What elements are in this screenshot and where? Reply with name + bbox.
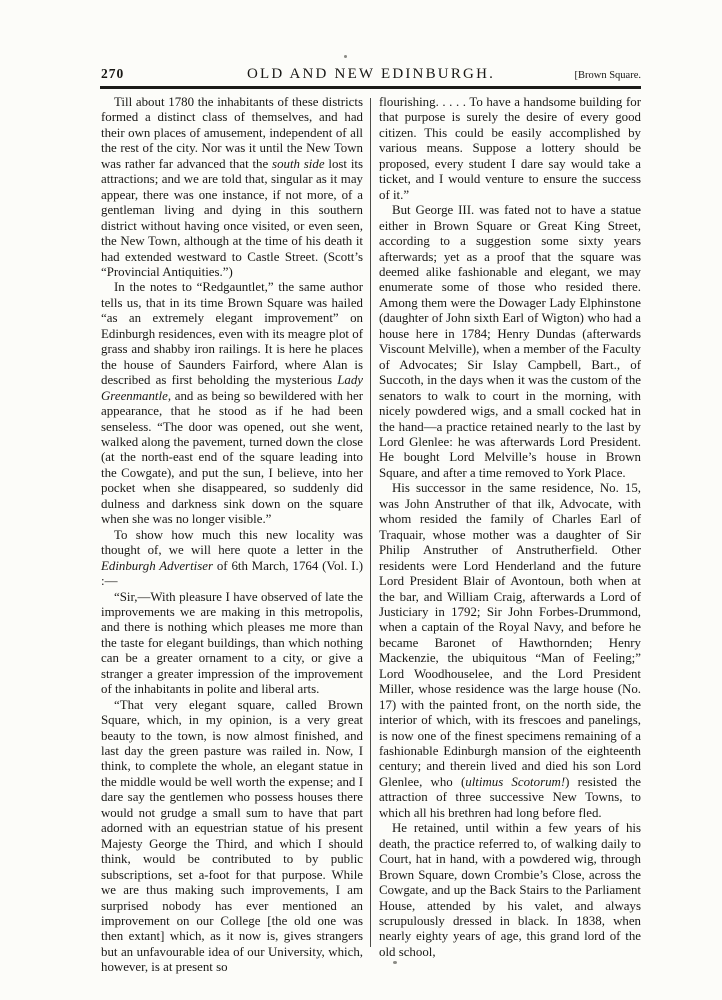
text-run: He retained, until within a few years of… (379, 821, 641, 959)
italic-text-run: Edinburgh Advertiser (101, 559, 213, 573)
paragraph: Till about 1780 the inhabitants of these… (101, 95, 363, 280)
text-run: In the notes to “Redgauntlet,” the same … (101, 280, 363, 387)
paragraph: He retained, until within a few years of… (379, 821, 641, 960)
text-run: His successor in the same residence, No.… (379, 481, 641, 789)
page-number: 270 (101, 66, 191, 82)
italic-text-run: ultimus Scotorum! (465, 775, 565, 789)
paragraph: “That very elegant square, called Brown … (101, 698, 363, 976)
running-title: OLD AND NEW EDINBURGH. (191, 66, 551, 83)
paragraph: In the notes to “Redgauntlet,” the same … (101, 280, 363, 527)
scan-speck (393, 961, 397, 964)
text-run: To show how much this new locality was t… (101, 528, 363, 557)
paragraph: To show how much this new locality was t… (101, 528, 363, 590)
text-run: But George III. was fated not to have a … (379, 203, 641, 480)
header-rule (100, 86, 641, 89)
text-run: “That very elegant square, called Brown … (101, 698, 363, 975)
scan-speck (344, 55, 347, 58)
text-column-left: Till about 1780 the inhabitants of these… (101, 95, 363, 976)
text-run: , and as being so bewildered with her ap… (101, 389, 363, 527)
running-head-section: [Brown Square. (551, 70, 641, 81)
paragraph: But George III. was fated not to have a … (379, 203, 641, 481)
book-page: 270 OLD AND NEW EDINBURGH. [Brown Square… (0, 0, 722, 1000)
text-run: lost its attractions; and we are told th… (101, 157, 363, 279)
paragraph: “Sir,—With pleasure I have observed of l… (101, 590, 363, 698)
italic-text-run: south side (272, 157, 325, 171)
text-run: flourishing. . . . . To have a handsome … (379, 95, 641, 202)
paragraph: His successor in the same residence, No.… (379, 481, 641, 821)
column-divider-rule (370, 98, 371, 947)
paragraph: flourishing. . . . . To have a handsome … (379, 95, 641, 203)
page-header: 270 OLD AND NEW EDINBURGH. [Brown Square… (101, 66, 641, 83)
text-column-right: flourishing. . . . . To have a handsome … (379, 95, 641, 960)
text-run: “Sir,—With pleasure I have observed of l… (101, 590, 363, 697)
